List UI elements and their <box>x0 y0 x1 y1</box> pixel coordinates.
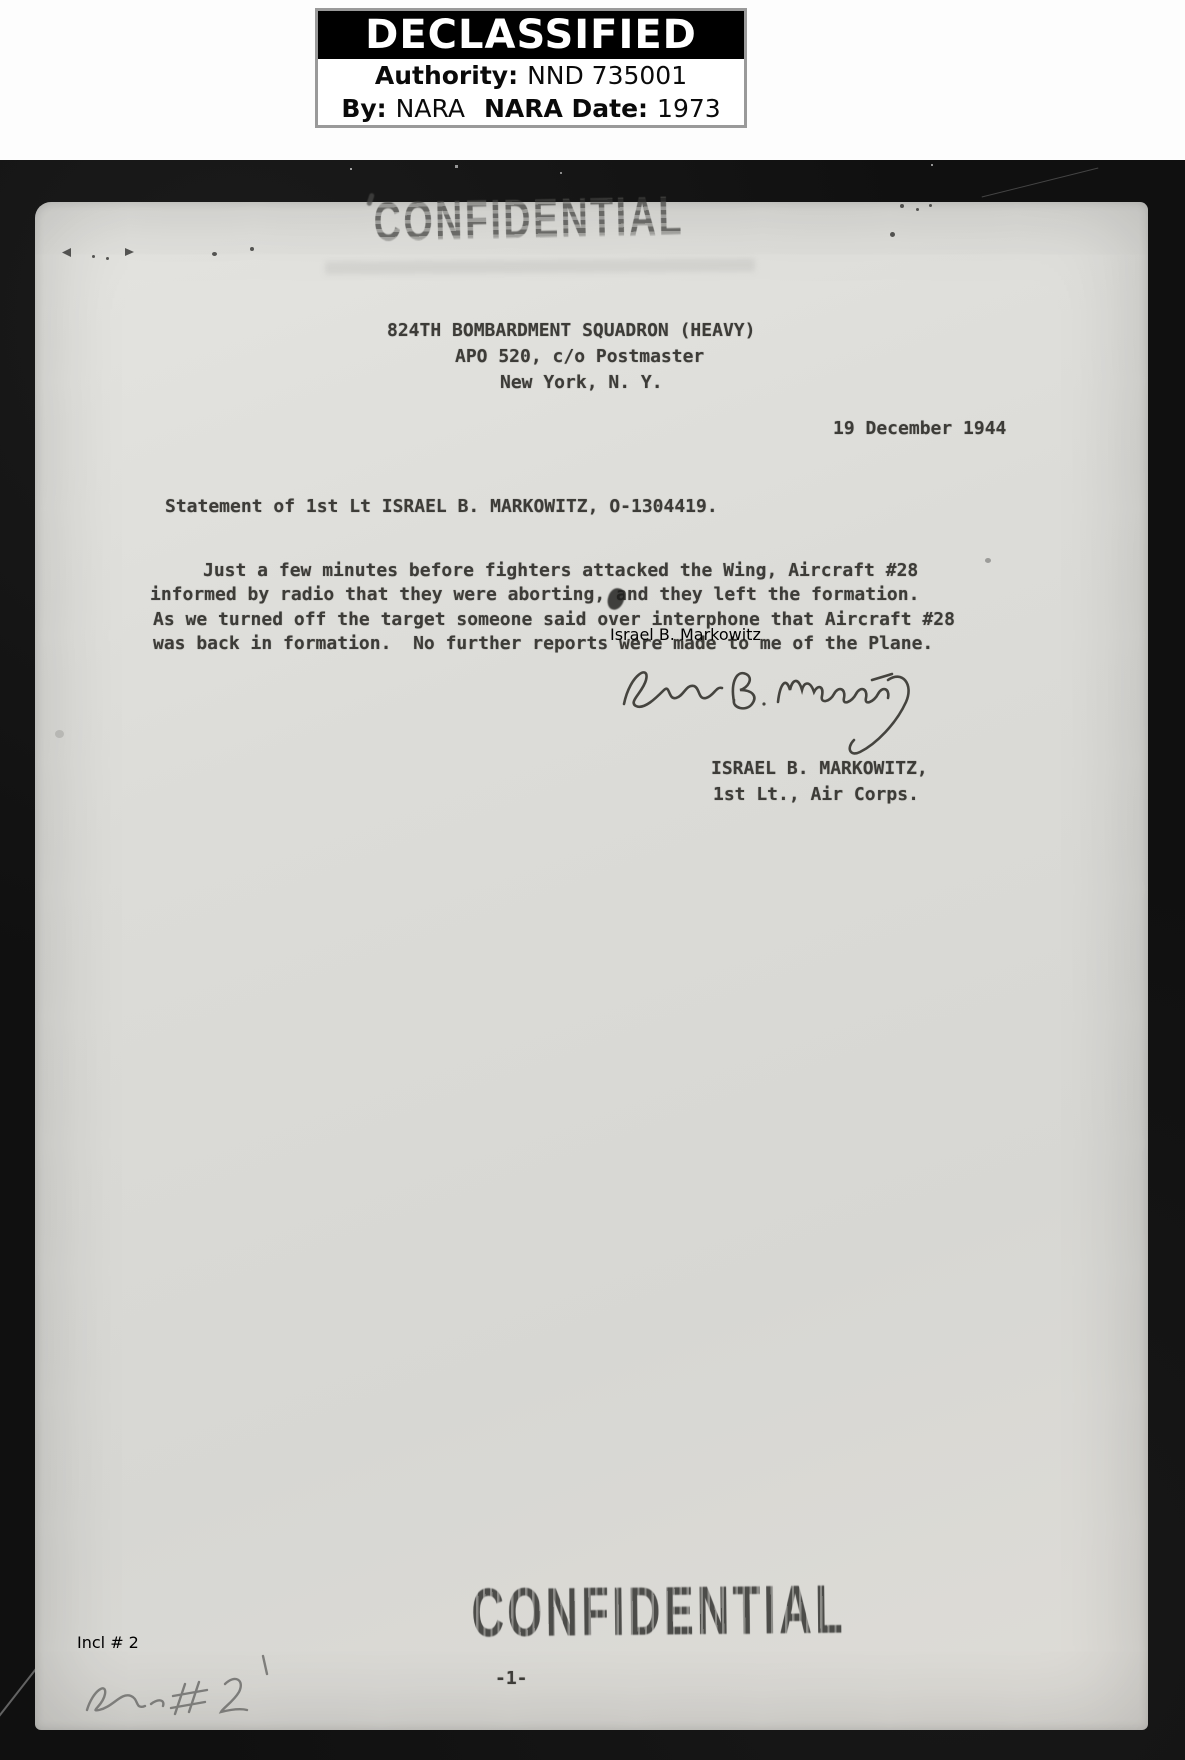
statement-heading: Statement of 1st Lt ISRAEL B. MARKOWITZ,… <box>165 496 718 518</box>
letterhead-line-2: APO 520, c/o Postmaster <box>455 346 704 368</box>
ink-speck <box>62 248 71 257</box>
ink-speck <box>125 248 134 256</box>
body-line: As we turned off the target someone said… <box>153 609 955 631</box>
declassified-stamp-box: DECLASSIFIED Authority: NND 735001 By: N… <box>315 8 747 128</box>
signature-handwriting: Israel B. Markowitz <box>610 640 940 770</box>
declassified-by-line: By: NARA NARA Date: 1973 <box>318 92 744 125</box>
ink-speck <box>250 247 254 251</box>
svg-text:Israel B. Markowitz: Israel B. Markowitz <box>610 625 761 644</box>
smudge-mark <box>325 258 755 274</box>
paper: CONFIDENTIAL 824TH BOMBARDMENT SQUADRON … <box>35 202 1148 1730</box>
document-scan-page: DECLASSIFIED Authority: NND 735001 By: N… <box>0 0 1185 1760</box>
body-line: Just a few minutes before fighters attac… <box>203 560 918 582</box>
ink-speck <box>890 232 895 237</box>
scratch <box>931 164 933 166</box>
scratch <box>350 168 352 170</box>
film-border: CONFIDENTIAL 824TH BOMBARDMENT SQUADRON … <box>0 160 1185 1760</box>
typed-name: ISRAEL B. MARKOWITZ, <box>711 758 928 780</box>
nara-date-value: 1973 <box>657 93 721 124</box>
ink-speck <box>900 204 904 208</box>
authority-label: Authority: <box>375 60 518 91</box>
nara-date-label: NARA Date: <box>484 93 648 124</box>
scratch <box>560 172 562 174</box>
ink-speck <box>212 252 217 256</box>
ink-speck <box>92 255 95 258</box>
ink-speck <box>106 257 109 260</box>
ink-speck <box>985 558 991 563</box>
by-label: By: <box>341 93 386 124</box>
typed-title: 1st Lt., Air Corps. <box>713 784 919 806</box>
confidential-stamp-bottom: CONFIDENTIAL <box>471 1570 846 1653</box>
ink-speck <box>55 730 64 738</box>
pencil-note: Incl # 2 <box>77 1648 292 1733</box>
by-value: NARA <box>396 93 465 124</box>
authority-value: NND 735001 <box>527 60 687 91</box>
letterhead-line-3: New York, N. Y. <box>500 372 663 394</box>
confidential-stamp-top: CONFIDENTIAL <box>373 184 685 254</box>
declassified-title: DECLASSIFIED <box>318 11 744 59</box>
svg-text:Incl # 2: Incl # 2 <box>77 1633 139 1652</box>
ink-speck <box>929 204 932 207</box>
date-line: 19 December 1944 <box>833 418 1006 440</box>
body-line: informed by radio that they were abortin… <box>150 584 919 606</box>
declassified-authority-line: Authority: NND 735001 <box>318 59 744 92</box>
ink-speck <box>916 208 919 211</box>
scratch <box>455 165 458 168</box>
page-number: -1- <box>495 1668 528 1690</box>
letterhead-line-1: 824TH BOMBARDMENT SQUADRON (HEAVY) <box>387 320 755 342</box>
scratch <box>982 167 1099 197</box>
